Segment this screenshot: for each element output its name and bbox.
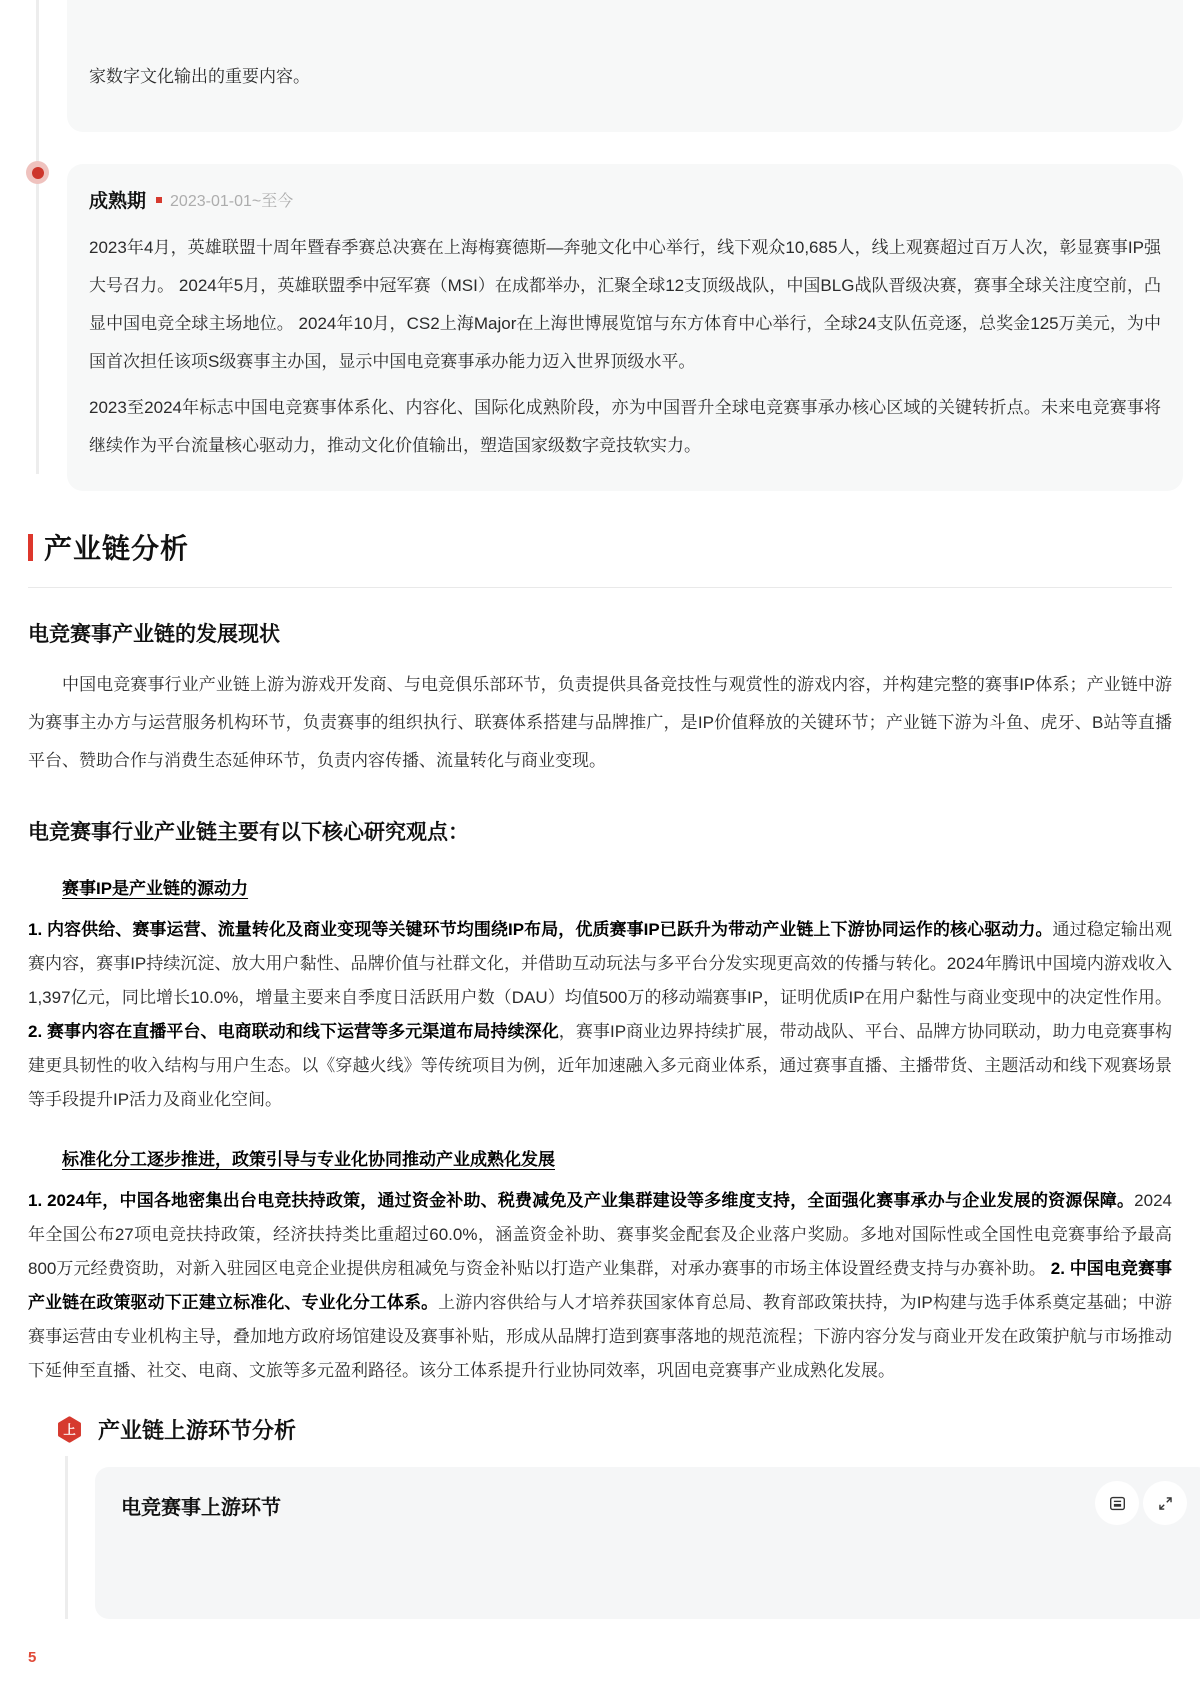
viewpoint-2-paragraph: 1. 2024年，中国各地密集出台电竞扶持政策，通过资金补助、税费减免及产业集群…	[28, 1184, 1172, 1388]
timeline-dot	[26, 161, 49, 184]
upstream-card-buttons	[1095, 1481, 1187, 1525]
upstream-icon-label: 上	[63, 1422, 76, 1437]
timeline-card-mature: 成熟期 2023-01-01~至今 2023年4月，英雄联盟十周年暨春季赛总决赛…	[67, 164, 1183, 491]
main-content: 产业链分析 电竞赛事产业链的发展现状 中国电竞赛事行业产业链上游为游戏开发商、与…	[28, 527, 1172, 1619]
upstream-rail	[65, 1456, 68, 1619]
stage-paragraph-1: 2023年4月，英雄联盟十周年暨春季赛总决赛在上海梅赛德斯—奔驰文化中心举行，线…	[89, 229, 1161, 381]
card-view-icon	[1109, 1495, 1126, 1512]
viewpoints-heading: 电竞赛事行业产业链主要有以下核心研究观点：	[28, 816, 1172, 846]
expand-button[interactable]	[1143, 1481, 1187, 1525]
section-header: 产业链分析	[28, 527, 1172, 588]
upstream-header: 上 产业链上游环节分析	[56, 1414, 1144, 1445]
stage-header: 成熟期 2023-01-01~至今	[89, 186, 1161, 213]
status-paragraph: 中国电竞赛事行业产业链上游为游戏开发商、与电竞俱乐部环节，负责提供具备竞技性与观…	[28, 666, 1172, 780]
stage-bullet-icon	[156, 197, 162, 203]
stage-title: 成熟期	[89, 186, 146, 213]
upstream-hexagon-icon: 上	[56, 1416, 83, 1443]
report-page: 家数字文化输出的重要内容。 成熟期 2023-01-01~至今 2023年4月，…	[0, 0, 1200, 1700]
card-view-button[interactable]	[1095, 1481, 1139, 1525]
stage-period: 2023-01-01~至今	[170, 188, 293, 211]
upstream-section: 上 产业链上游环节分析 电竞赛事上游环节	[56, 1414, 1144, 1619]
page-number: 5	[28, 1649, 1200, 1666]
viewpoint-2-subtitle: 标准化分工逐步推进，政策引导与专业化协同推动产业成熟化发展	[62, 1145, 1172, 1170]
upstream-card: 电竞赛事上游环节	[95, 1467, 1200, 1619]
timeline-previous-text: 家数字文化输出的重要内容。	[89, 58, 1161, 96]
status-heading: 电竞赛事产业链的发展现状	[28, 618, 1172, 648]
section-title: 产业链分析	[44, 527, 189, 567]
viewpoint-1-subtitle: 赛事IP是产业链的源动力	[62, 874, 1172, 899]
timeline-rail	[36, 0, 39, 474]
section-accent-bar	[28, 534, 33, 561]
upstream-title: 产业链上游环节分析	[98, 1414, 296, 1445]
expand-icon	[1157, 1495, 1174, 1512]
stage-paragraph-2: 2023至2024年标志中国电竞赛事体系化、内容化、国际化成熟阶段，亦为中国晋升…	[89, 389, 1161, 465]
timeline-card-previous: 家数字文化输出的重要内容。	[67, 0, 1183, 132]
viewpoint-1-paragraph: 1. 内容供给、赛事运营、流量转化及商业变现等关键环节均围绕IP布局，优质赛事I…	[28, 913, 1172, 1117]
upstream-card-title: 电竞赛事上游环节	[121, 1491, 1185, 1520]
